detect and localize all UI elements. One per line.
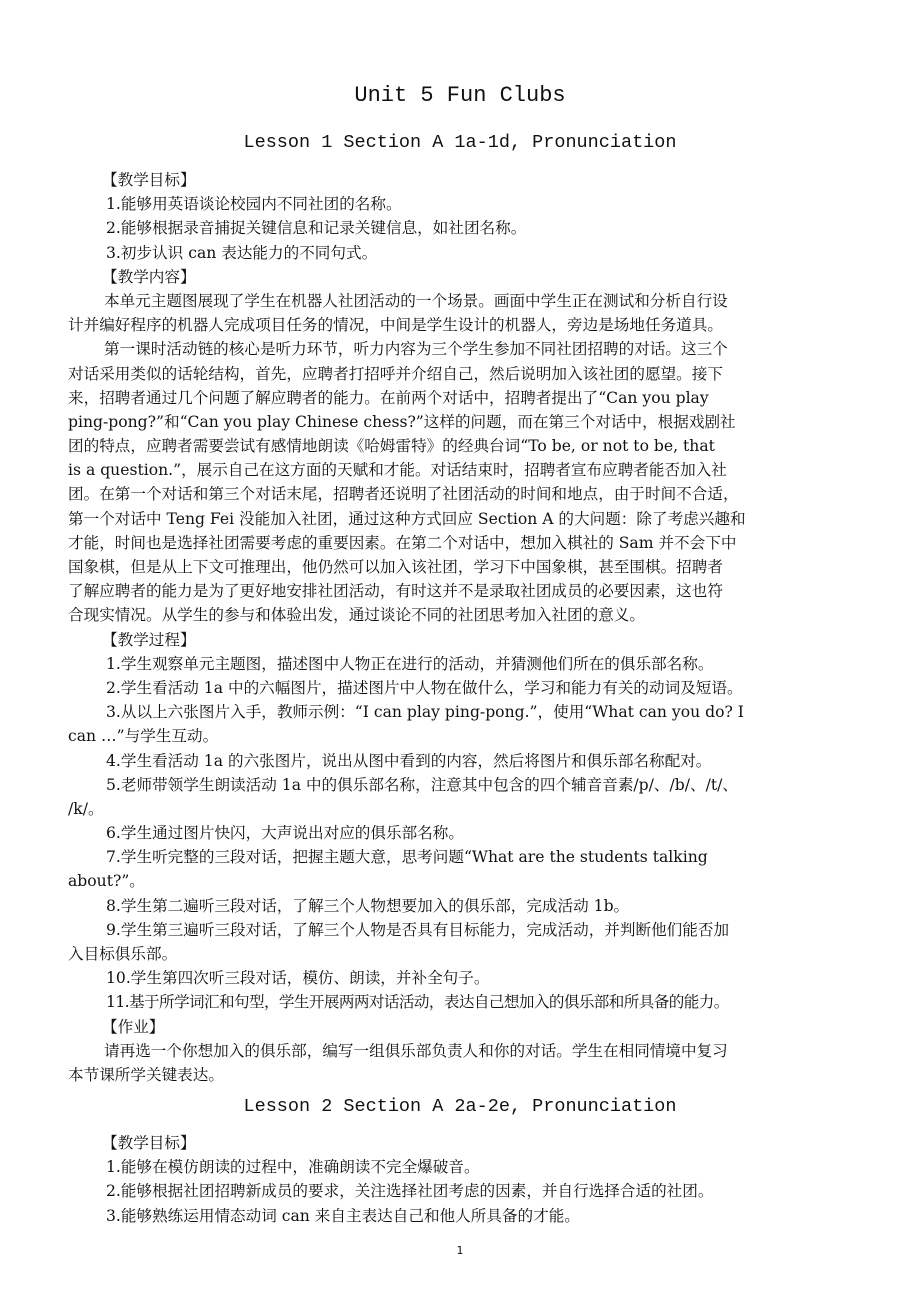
content-line: 对话采用类似的话轮结构，首先，应聘者打招呼并介绍自己，然后说明加入该社团的愿望。… <box>68 362 860 386</box>
objective-item: 1.能够用英语谈论校园内不同社团的名称。 <box>68 192 860 216</box>
content-line: 第一个对话中 Teng Fei 没能加入社团，通过这种方式回应 Section … <box>68 507 860 531</box>
content-line: is a question.”，展示自己在这方面的天赋和才能。对话结束时，招聘者… <box>68 458 860 482</box>
content-line: ping-pong?”和“Can you play Chinese chess?… <box>68 410 860 434</box>
objective-item: 1.能够在模仿朗读的过程中，准确朗读不完全爆破音。 <box>68 1155 860 1179</box>
process-step-continued: /k/。 <box>68 797 860 821</box>
objective-item: 2.能够根据录音捕捉关键信息和记录关键信息，如社团名称。 <box>68 216 860 240</box>
process-step-continued: 入目标俱乐部。 <box>68 942 860 966</box>
content-line: 才能，时间也是选择社团需要考虑的重要因素。在第二个对话中，想加入棋社的 Sam … <box>68 531 860 555</box>
process-step: 11.基于所学词汇和句型，学生开展两两对话活动，表达自己想加入的俱乐部和所具备的… <box>68 990 860 1014</box>
content-line: 本单元主题图展现了学生在机器人社团活动的一个场景。画面中学生正在测试和分析自行设 <box>68 289 860 313</box>
process-label: 【教学过程】 <box>68 628 860 652</box>
lesson-1-heading: Lesson 1 Section A 1a-1d, Pronunciation <box>0 131 920 155</box>
document-page: Unit 5 Fun Clubs Lesson 1 Section A 1a-1… <box>0 0 920 1302</box>
content-line: 国象棋，但是从上下文可推理出，他仍然可以加入该社团，学习下中国象棋，甚至围棋。招… <box>68 555 860 579</box>
content-line: 来，招聘者通过几个问题了解应聘者的能力。在前两个对话中，招聘者提出了“Can y… <box>68 386 860 410</box>
homework-line: 请再选一个你想加入的俱乐部，编写一组俱乐部负责人和你的对话。学生在相同情境中复习 <box>68 1039 860 1063</box>
process-step: 7.学生听完整的三段对话，把握主题大意，思考问题“What are the st… <box>68 845 860 869</box>
lesson-2-body: 【教学目标】 1.能够在模仿朗读的过程中，准确朗读不完全爆破音。 2.能够根据社… <box>68 1131 860 1228</box>
homework-label: 【作业】 <box>68 1015 860 1039</box>
content-line: 第一课时活动链的核心是听力环节，听力内容为三个学生参加不同社团招聘的对话。这三个 <box>68 337 860 361</box>
content-line: 计并编好程序的机器人完成项目任务的情况，中间是学生设计的机器人，旁边是场地任务道… <box>68 313 860 337</box>
objective-item: 3.初步认识 can 表达能力的不同句式。 <box>68 241 860 265</box>
objective-item: 2.能够根据社团招聘新成员的要求，关注选择社团考虑的因素，并自行选择合适的社团。 <box>68 1179 860 1203</box>
content-line: 团的特点，应聘者需要尝试有感情地朗读《哈姆雷特》的经典台词“To be, or … <box>68 434 860 458</box>
page-number: 1 <box>0 1244 920 1257</box>
content-line: 合现实情况。从学生的参与和体验出发，通过谈论不同的社团思考加入社团的意义。 <box>68 603 860 627</box>
process-step: 2.学生看活动 1a 中的六幅图片，描述图片中人物在做什么，学习和能力有关的动词… <box>68 676 860 700</box>
process-step: 1.学生观察单元主题图，描述图中人物正在进行的活动，并猜测他们所在的俱乐部名称。 <box>68 652 860 676</box>
process-step: 3.从以上六张图片入手，教师示例：“I can play ping-pong.”… <box>68 700 860 724</box>
content-line: 团。在第一个对话和第三个对话末尾，招聘者还说明了社团活动的时间和地点，由于时间不… <box>68 482 860 506</box>
homework-line: 本节课所学关键表达。 <box>68 1063 860 1087</box>
process-step-continued: about?”。 <box>68 869 860 893</box>
objectives-label: 【教学目标】 <box>68 168 860 192</box>
document-title: Unit 5 Fun Clubs <box>0 82 920 110</box>
lesson-2-heading: Lesson 2 Section A 2a-2e, Pronunciation <box>0 1095 920 1119</box>
process-step: 4.学生看活动 1a 的六张图片，说出从图中看到的内容，然后将图片和俱乐部名称配… <box>68 749 860 773</box>
process-step: 6.学生通过图片快闪，大声说出对应的俱乐部名称。 <box>68 821 860 845</box>
objective-item: 3.能够熟练运用情态动词 can 来自主表达自己和他人所具备的才能。 <box>68 1204 860 1228</box>
content-label: 【教学内容】 <box>68 265 860 289</box>
process-step-continued: can …”与学生互动。 <box>68 724 860 748</box>
process-step: 5.老师带领学生朗读活动 1a 中的俱乐部名称，注意其中包含的四个辅音音素/p/… <box>68 773 860 797</box>
process-step: 9.学生第三遍听三段对话，了解三个人物是否具有目标能力，完成活动，并判断他们能否… <box>68 918 860 942</box>
objectives-label: 【教学目标】 <box>68 1131 860 1155</box>
process-step: 8.学生第二遍听三段对话，了解三个人物想要加入的俱乐部，完成活动 1b。 <box>68 894 860 918</box>
process-step: 10.学生第四次听三段对话，模仿、朗读，并补全句子。 <box>68 966 860 990</box>
lesson-1-body: 【教学目标】 1.能够用英语谈论校园内不同社团的名称。 2.能够根据录音捕捉关键… <box>68 168 860 1087</box>
content-line: 了解应聘者的能力是为了更好地安排社团活动，有时这并不是录取社团成员的必要因素，这… <box>68 579 860 603</box>
